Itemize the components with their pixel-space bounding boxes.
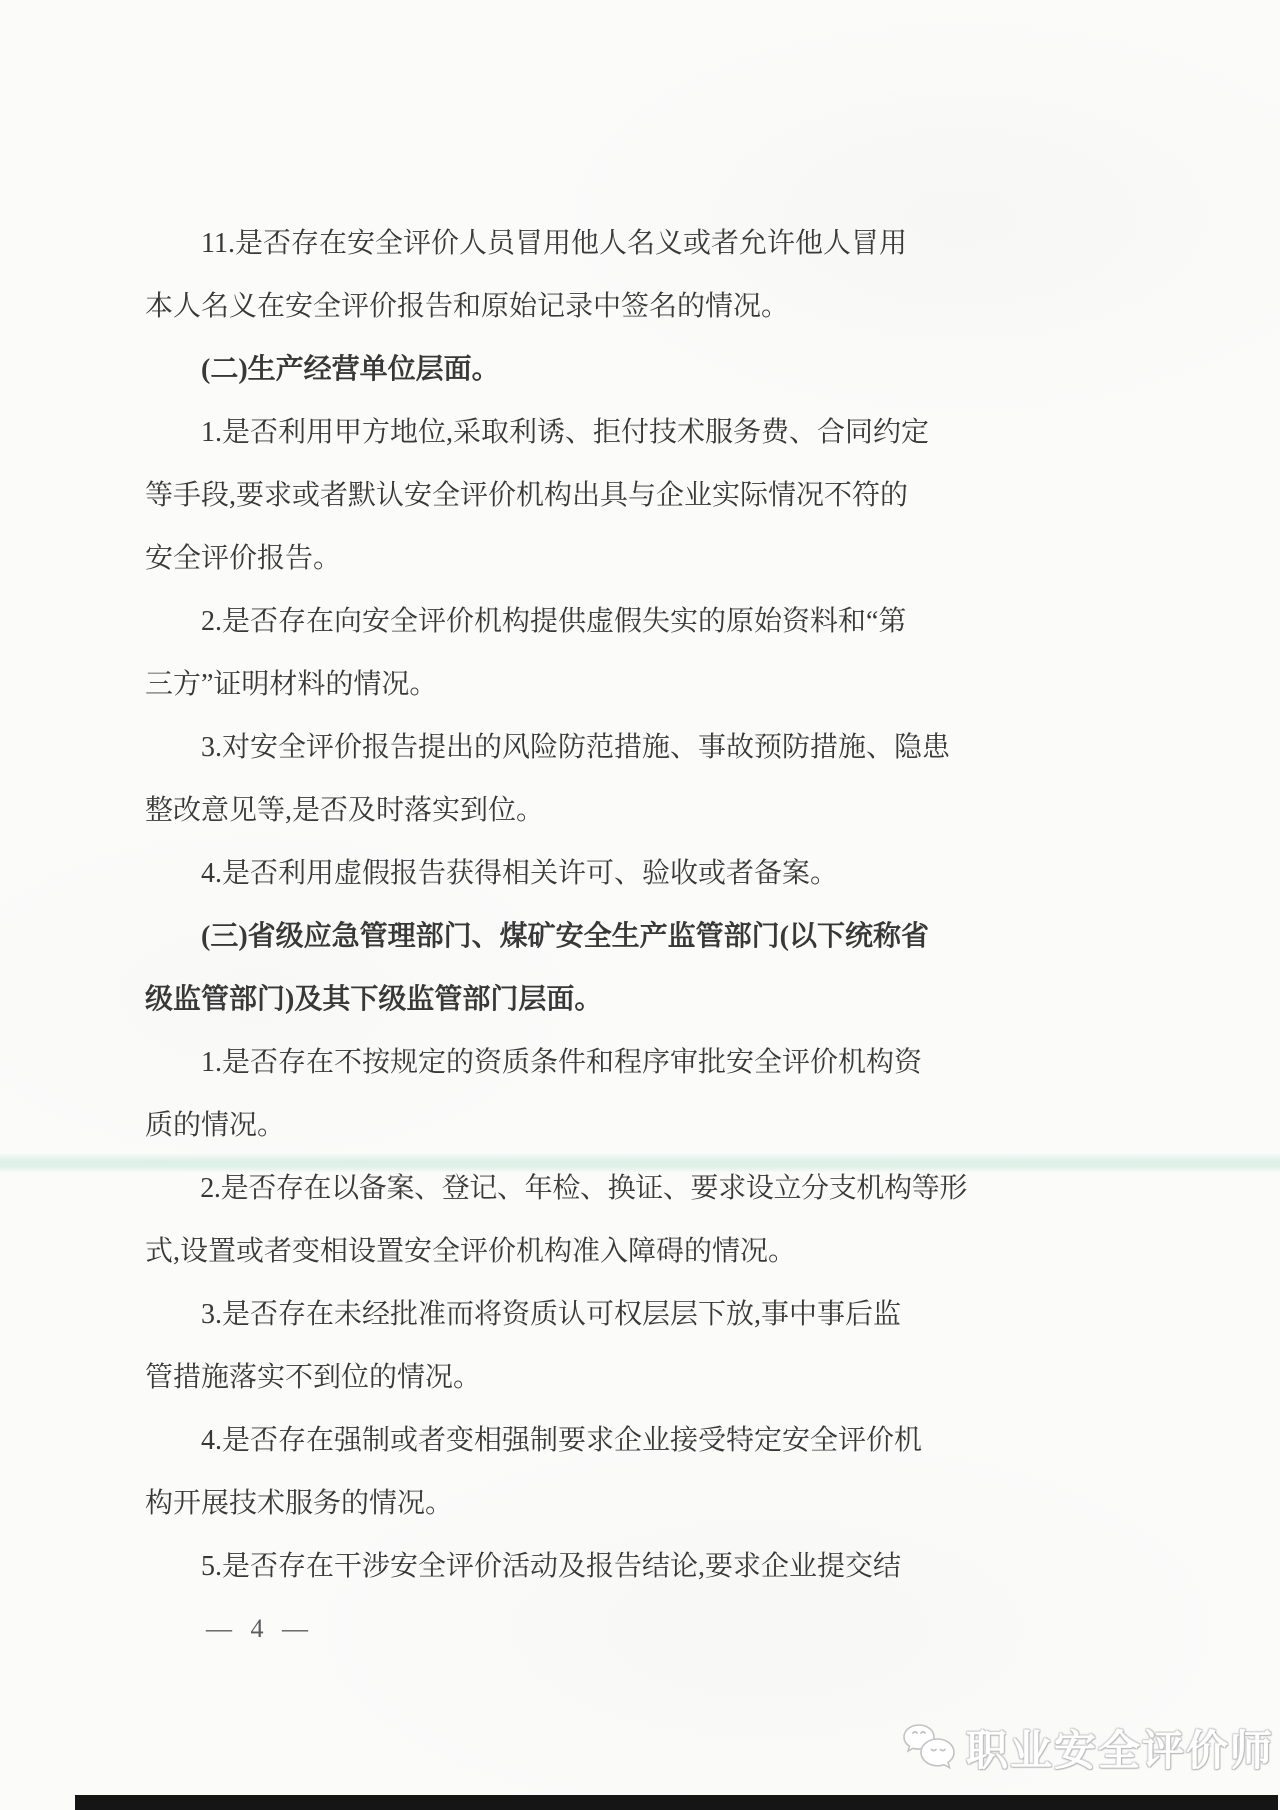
page-number: — 4 — [170,1614,350,1644]
text-line: 构开展技术服务的情况。 [145,1472,967,1535]
text-line: 2.是否存在向安全评价机构提供虚假失实的原始资料和“第 [145,590,967,653]
text-line: 5.是否存在干涉安全评价活动及报告结论,要求企业提交结 [145,1535,967,1598]
text-line: 安全评价报告。 [145,527,967,590]
text-line: 等手段,要求或者默认安全评价机构出具与企业实际情况不符的 [145,464,967,527]
text-line: 3.对安全评价报告提出的风险防范措施、事故预防措施、隐患 [145,716,967,779]
document-text: 11.是否存在安全评价人员冒用他人名义或者允许他人冒用 本人名义在安全评价报告和… [145,212,967,1598]
footer-watermark-label: 职业安全评价师 [966,1718,1274,1778]
text-line: 2.是否存在以备案、登记、年检、换证、要求设立分支机构等形 [145,1157,967,1220]
text-line: 式,设置或者变相设置安全评价机构准入障碍的情况。 [145,1220,967,1283]
text-line: 整改意见等,是否及时落实到位。 [145,779,967,842]
footer-watermark: 职业安全评价师 [900,1718,1274,1778]
text-line: 本人名义在安全评价报告和原始记录中签名的情况。 [145,275,967,338]
section-heading: (二)生产经营单位层面。 [145,338,967,401]
text-line: 三方”证明材料的情况。 [145,653,967,716]
text-line: 4.是否存在强制或者变相强制要求企业接受特定安全评价机 [145,1409,967,1472]
section-heading: 级监管部门)及其下级监管部门层面。 [145,968,967,1031]
bottom-bar [75,1795,1278,1810]
text-line: 11.是否存在安全评价人员冒用他人名义或者允许他人冒用 [145,212,967,275]
text-line: 管措施落实不到位的情况。 [145,1346,967,1409]
text-line: 4.是否利用虚假报告获得相关许可、验收或者备案。 [145,842,967,905]
text-line: 3.是否存在未经批准而将资质认可权层层下放,事中事后监 [145,1283,967,1346]
text-line: 1.是否利用甲方地位,采取利诱、拒付技术服务费、合同约定 [145,401,967,464]
wechat-icon [900,1721,958,1775]
section-heading: (三)省级应急管理部门、煤矿安全生产监管部门(以下统称省 [145,905,967,968]
text-line: 质的情况。 [145,1094,967,1157]
text-line: 1.是否存在不按规定的资质条件和程序审批安全评价机构资 [145,1031,967,1094]
